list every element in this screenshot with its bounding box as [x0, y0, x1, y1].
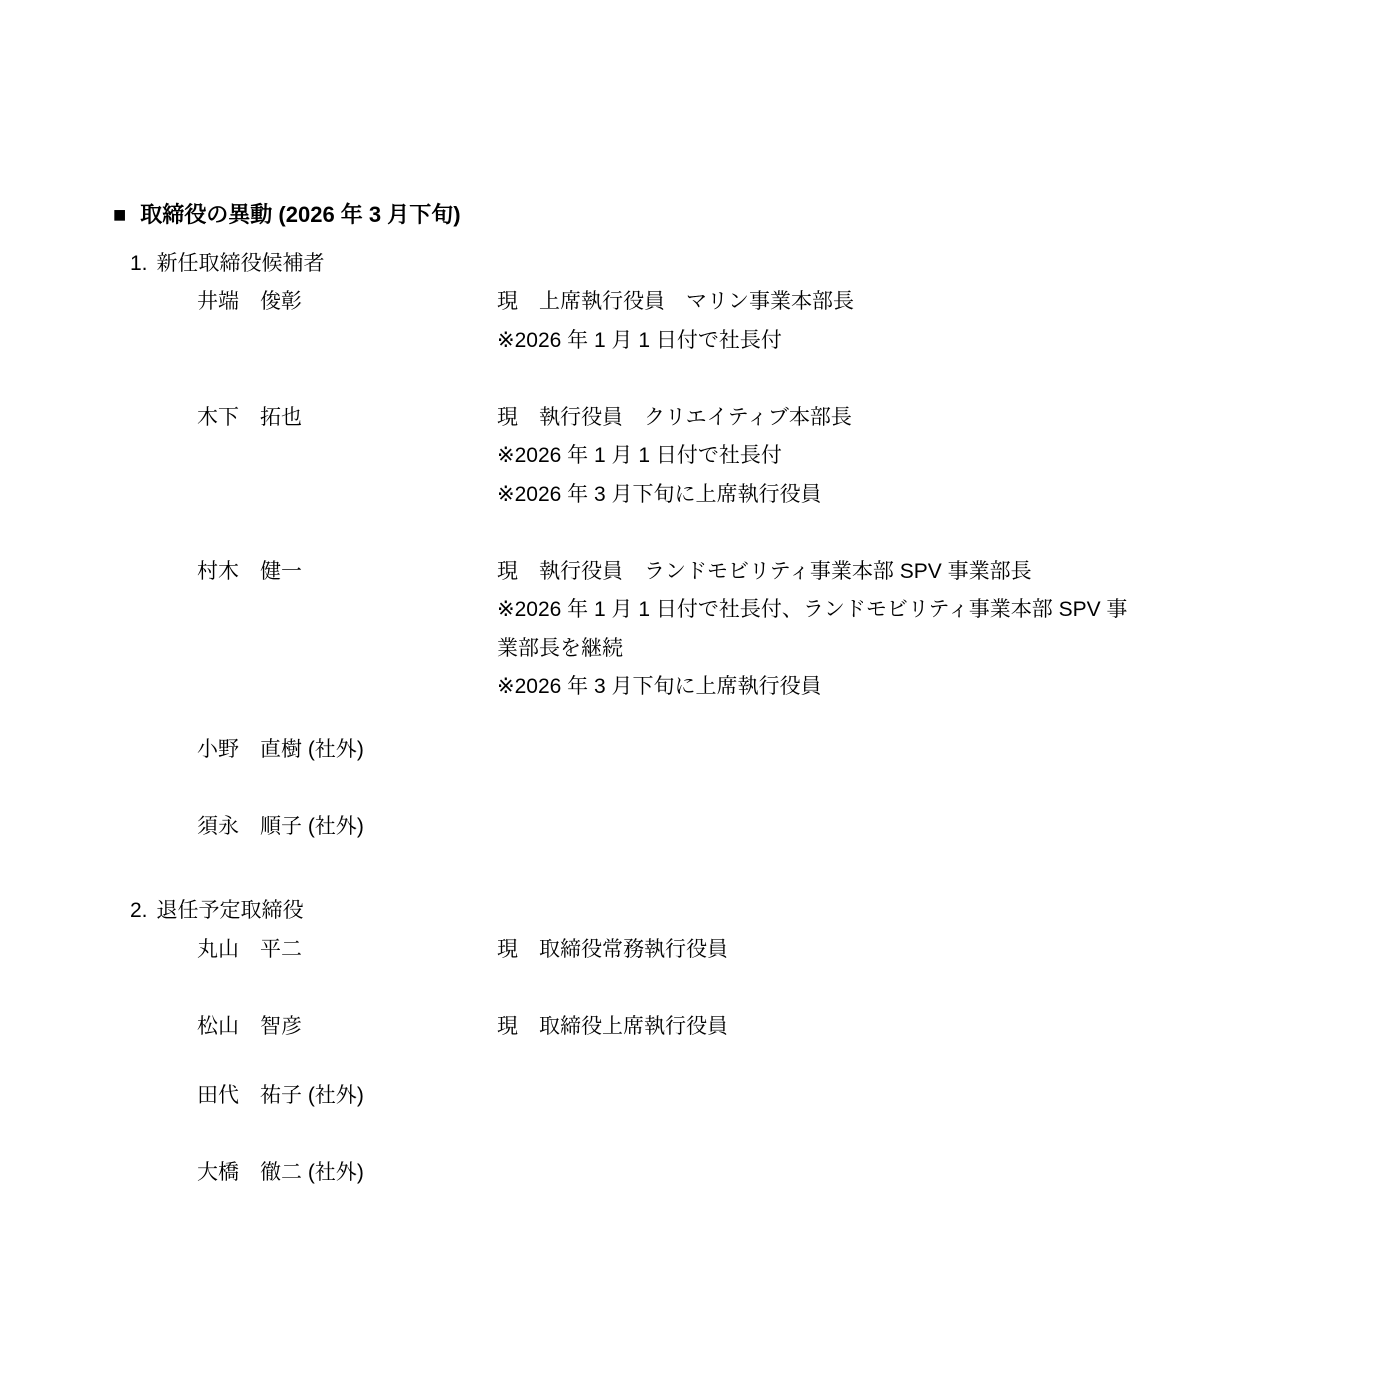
entry-description: 現 執行役員 ランドモビリティ事業本部 SPV 事業部長 ※2026 年 1 月… — [497, 553, 1360, 707]
entry-name: 村木 健一 — [197, 553, 497, 592]
entry-sunaga: 須永 順子 (社外) — [197, 808, 1360, 847]
heading-director-changes: ■取締役の異動 (2026 年 3 月下旬) — [113, 196, 1360, 235]
section-number: 2. — [130, 892, 148, 931]
entry-name: 松山 智彦 — [197, 1008, 497, 1047]
entry-description-line: ※2026 年 1 月 1 日付で社長付 — [497, 437, 1360, 476]
entry-description-line: ※2026 年 1 月 1 日付で社長付、ランドモビリティ事業本部 SPV 事 — [497, 591, 1360, 630]
entry-name: 小野 直樹 (社外) — [197, 731, 497, 770]
entry-maruyama: 丸山 平二 現 取締役常務執行役員 — [197, 931, 1360, 970]
section-title: 2.退任予定取締役 — [130, 892, 1360, 931]
heading-title: 取締役の異動 (2026 年 3 月下旬) — [140, 202, 460, 227]
entry-description-line: 業部長を継続 — [497, 630, 1360, 669]
entry-name: 須永 順子 (社外) — [197, 808, 497, 847]
document-page: ■取締役の異動 (2026 年 3 月下旬) 1.新任取締役候補者 井端 俊彰 … — [0, 0, 1400, 1400]
square-bullet-icon: ■ — [113, 196, 126, 235]
section-retiring-directors: 2.退任予定取締役 丸山 平二 現 取締役常務執行役員 松山 智彦 現 取締役上… — [113, 892, 1360, 1193]
entry-description: 現 取締役上席執行役員 — [497, 1008, 1360, 1047]
entry-description-line: 現 取締役常務執行役員 — [497, 931, 1360, 970]
entry-kinoshita: 木下 拓也 現 執行役員 クリエイティブ本部長 ※2026 年 1 月 1 日付… — [197, 399, 1360, 515]
entry-description-line: 現 執行役員 クリエイティブ本部長 — [497, 399, 1360, 438]
section-new-director-candidates: 1.新任取締役候補者 井端 俊彰 現 上席執行役員 マリン事業本部長 ※2026… — [113, 245, 1360, 847]
entry-ohashi: 大橋 徹二 (社外) — [197, 1154, 1360, 1193]
entry-description-line: 現 取締役上席執行役員 — [497, 1008, 1360, 1047]
section-number: 1. — [130, 245, 148, 284]
entry-description-line: ※2026 年 3 月下旬に上席執行役員 — [497, 668, 1360, 707]
entry-description: 現 上席執行役員 マリン事業本部長 ※2026 年 1 月 1 日付で社長付 — [497, 283, 1360, 360]
entry-tashiro: 田代 祐子 (社外) — [197, 1077, 1360, 1116]
entry-name: 大橋 徹二 (社外) — [197, 1154, 497, 1193]
entry-ono: 小野 直樹 (社外) — [197, 731, 1360, 770]
entry-description-line: ※2026 年 1 月 1 日付で社長付 — [497, 322, 1360, 361]
section-title-label: 新任取締役候補者 — [157, 252, 325, 275]
section-title: 1.新任取締役候補者 — [130, 245, 1360, 284]
entry-name: 井端 俊彰 — [197, 283, 497, 322]
entry-name: 田代 祐子 (社外) — [197, 1077, 497, 1116]
entry-description-line: 現 執行役員 ランドモビリティ事業本部 SPV 事業部長 — [497, 553, 1360, 592]
section-title-label: 退任予定取締役 — [157, 899, 304, 922]
entry-description: 現 取締役常務執行役員 — [497, 931, 1360, 970]
entry-matsuyama: 松山 智彦 現 取締役上席執行役員 — [197, 1008, 1360, 1047]
document-content: ■取締役の異動 (2026 年 3 月下旬) 1.新任取締役候補者 井端 俊彰 … — [113, 196, 1360, 1193]
entry-name: 丸山 平二 — [197, 931, 497, 970]
entry-ibata: 井端 俊彰 現 上席執行役員 マリン事業本部長 ※2026 年 1 月 1 日付… — [197, 283, 1360, 360]
entry-muraki: 村木 健一 現 執行役員 ランドモビリティ事業本部 SPV 事業部長 ※2026… — [197, 553, 1360, 707]
entry-description-line: ※2026 年 3 月下旬に上席執行役員 — [497, 476, 1360, 515]
entry-name: 木下 拓也 — [197, 399, 497, 438]
entry-description-line: 現 上席執行役員 マリン事業本部長 — [497, 283, 1360, 322]
entry-description: 現 執行役員 クリエイティブ本部長 ※2026 年 1 月 1 日付で社長付 ※… — [497, 399, 1360, 515]
